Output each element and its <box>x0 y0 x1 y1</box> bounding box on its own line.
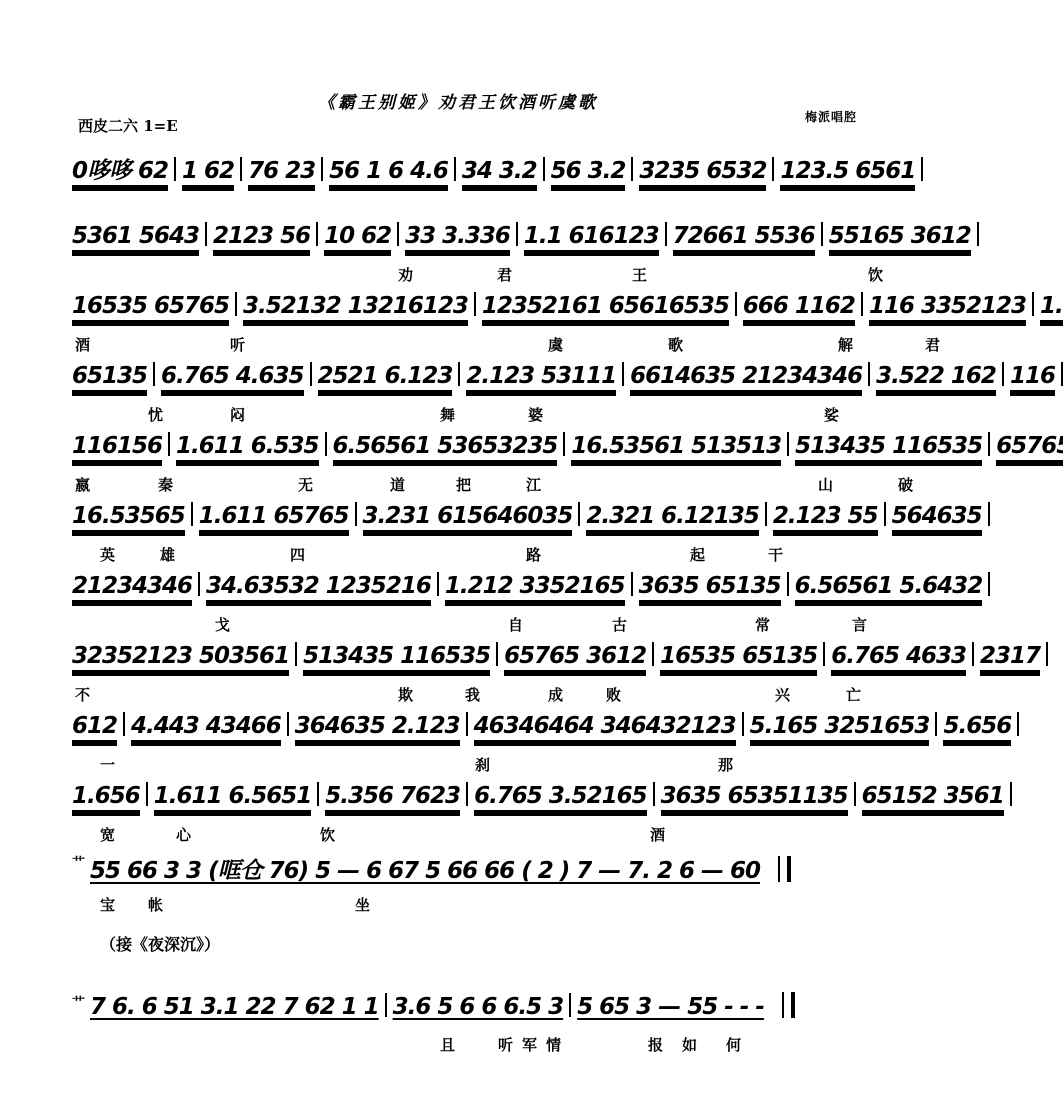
lyric-char: 兴 <box>775 684 790 705</box>
measure-notes: 5.656 <box>943 713 1011 742</box>
lyric-char: 嬴 <box>75 474 90 495</box>
bar-line <box>174 157 176 181</box>
bar-line <box>735 292 737 316</box>
bar-line <box>742 712 744 736</box>
notation-line: 2123434634.63532 12352161.212 3352165363… <box>72 572 996 599</box>
measure: 5.656 <box>943 713 1011 739</box>
measure: 7 6. 6 51 3.1 22 7 62 1 1 <box>90 994 379 1020</box>
measure-notes: 5.165 3251653 <box>750 713 930 742</box>
lyric-char: 听 <box>498 1034 513 1055</box>
measure: 2.321 6.12135 <box>586 503 759 529</box>
continuation-note: （接《夜深沉》） <box>100 932 220 955</box>
measure: 1.1 616123 <box>524 223 659 249</box>
measure-notes: 666 1162 <box>743 293 855 322</box>
lyric-char: 何 <box>726 1034 741 1055</box>
bar-line <box>310 362 312 386</box>
lyric-char: 饮 <box>868 264 883 285</box>
measure: 6.765 4633 <box>831 643 966 669</box>
bar-line <box>1046 642 1048 666</box>
measure: 1.611 65765 <box>199 503 349 529</box>
measure: 4.443 43466 <box>131 713 281 739</box>
measure: 1.611 6.535 <box>176 433 319 459</box>
bar-line <box>198 572 200 596</box>
bar-line <box>437 572 439 596</box>
measure: 76 23 <box>248 158 315 184</box>
measure: 1.212 3352165 <box>445 573 625 599</box>
bar-line <box>205 222 207 246</box>
bar-line <box>1002 362 1004 386</box>
lyric-char: 报 <box>648 1034 663 1055</box>
measure-notes: 33 3.336 <box>405 223 510 252</box>
measure-notes: 56 1 6 4.6 <box>329 158 448 187</box>
bar-line <box>123 712 125 736</box>
notation-line: 5361 56432123 5610 6233 3.3361.1 6161237… <box>72 222 985 249</box>
measure: 12352161 65616535 <box>482 293 729 319</box>
measure: 6.765 4.635 <box>161 363 304 389</box>
bar-line <box>884 502 886 526</box>
lyric-char: 古 <box>612 614 627 635</box>
measure-notes: 56 3.2 <box>551 158 626 187</box>
bar-line <box>868 362 870 386</box>
bar-line <box>988 502 990 526</box>
measure-notes: 1.611 <box>1040 293 1063 322</box>
measure-notes: 116 <box>1010 363 1055 392</box>
measure-notes: 116 3352123 <box>869 293 1026 322</box>
bar-line <box>861 292 863 316</box>
measure-notes: 16.53561 513513 <box>571 433 781 462</box>
measure-notes: 32352123 503561 <box>72 643 289 672</box>
bar-line <box>935 712 937 736</box>
measure-notes: 2123 56 <box>213 223 310 252</box>
free-meter-symbol: 艹 <box>72 996 84 1011</box>
measure-notes: 513435 116535 <box>303 643 490 672</box>
measure-notes: 3.522 162 <box>876 363 996 392</box>
lyric-char: 饮 <box>320 824 335 845</box>
lyric-char: 英 <box>100 544 115 565</box>
measure-notes: 5361 5643 <box>72 223 199 252</box>
measure-notes: 6614635 21234346 <box>630 363 862 392</box>
measure-notes: 1.212 3352165 <box>445 573 625 602</box>
lyric-char: 道 <box>390 474 405 495</box>
measure-notes: 1.611 65765 <box>199 503 349 532</box>
measure-notes: 16.53565 <box>72 503 185 532</box>
bar-line <box>466 782 468 806</box>
measure: 657656 <box>996 433 1063 459</box>
measure-notes: 123.5 6561 <box>780 158 915 187</box>
lyric-char: 帐 <box>148 894 163 915</box>
measure-notes: 3635 65351135 <box>661 783 848 812</box>
measure: 513435 116535 <box>795 433 982 459</box>
bar-line <box>295 642 297 666</box>
measure-notes: 5 65 3 — 55 - - - <box>577 994 764 1020</box>
measure-notes: 564635 <box>892 503 982 532</box>
measure-notes: 65152 3561 <box>862 783 1004 812</box>
measure-notes: 65765 3612 <box>504 643 646 672</box>
notation-line: 32352123 503561513435 11653565765 361216… <box>72 642 1054 669</box>
measure-notes: 0哆哆 62 <box>72 158 168 187</box>
measure-notes: 34.63532 1235216 <box>206 573 431 602</box>
bar-line <box>772 157 774 181</box>
bar-line <box>631 572 633 596</box>
measure-notes: 12352161 65616535 <box>482 293 729 322</box>
lyric-char: 情 <box>546 1034 561 1055</box>
lyric-char: 败 <box>606 684 621 705</box>
measure: 3.522 162 <box>876 363 996 389</box>
bar-line <box>496 642 498 666</box>
notation-line: 651356.765 4.6352521 6.1232.123 53111661… <box>72 362 1063 389</box>
bar-line <box>355 502 357 526</box>
measure-notes: 3.52132 13216123 <box>243 293 468 322</box>
measure: 34 3.2 <box>462 158 537 184</box>
measure: 2317 <box>980 643 1040 669</box>
measure: 2521 6.123 <box>318 363 453 389</box>
lyric-char: 刹 <box>475 754 490 775</box>
lyric-char: 成 <box>548 684 563 705</box>
measure-notes: 1 62 <box>182 158 234 187</box>
bar-line <box>1017 712 1019 736</box>
lyric-char: 劝 <box>398 264 413 285</box>
measure-notes: 10 62 <box>324 223 391 252</box>
bar-line <box>622 362 624 386</box>
measure-notes: 4.443 43466 <box>131 713 281 742</box>
lyric-char: 舞 <box>440 404 455 425</box>
lyric-char: 干 <box>768 544 783 565</box>
measure-notes: 16535 65135 <box>660 643 817 672</box>
measure: 1.656 <box>72 783 140 809</box>
notation-line: 1161561.611 6.5356.56561 5365323516.5356… <box>72 432 1063 459</box>
measure: 2.123 53111 <box>466 363 616 389</box>
measure-notes: 657656 <box>996 433 1063 462</box>
measure-notes: 6.765 4.635 <box>161 363 304 392</box>
measure-notes: 1.656 <box>72 783 140 812</box>
measure: 55165 3612 <box>829 223 971 249</box>
measure-notes: 76 23 <box>248 158 315 187</box>
measure-notes: 2317 <box>980 643 1040 672</box>
measure: 16535 65135 <box>660 643 817 669</box>
notation-line: 6124.443 43466364635 2.12346346464 34643… <box>72 712 1025 739</box>
bar-line <box>317 782 319 806</box>
measure: 32352123 503561 <box>72 643 289 669</box>
measure: 6.56561 53653235 <box>333 433 558 459</box>
bar-line <box>1032 292 1034 316</box>
lyric-char: 婆 <box>528 404 543 425</box>
bar-line <box>977 222 979 246</box>
lyric-char: 闷 <box>230 404 245 425</box>
bar-line <box>787 572 789 596</box>
lyric-char: 起 <box>690 544 705 565</box>
measure-notes: 6.56561 5.6432 <box>795 573 983 602</box>
lyric-char: 虞 <box>548 334 563 355</box>
measure-notes: 1.611 6.535 <box>176 433 319 462</box>
bar-line <box>921 157 923 181</box>
measure-notes: 1.611 6.5651 <box>154 783 312 812</box>
lyric-char: 军 <box>522 1034 537 1055</box>
measure-notes: 364635 2.123 <box>295 713 460 742</box>
bar-line <box>988 432 990 456</box>
singer-credit: 梅派唱腔 <box>805 108 857 125</box>
lyric-char: 宝 <box>100 894 115 915</box>
measure: 46346464 346432123 <box>474 713 736 739</box>
measure: 3235 6532 <box>639 158 766 184</box>
measure-notes: 2.123 55 <box>773 503 878 532</box>
bar-line <box>653 782 655 806</box>
measure: 364635 2.123 <box>295 713 460 739</box>
bar-line <box>235 292 237 316</box>
bar-line <box>321 157 323 181</box>
measure: 65765 3612 <box>504 643 646 669</box>
measure: 123.5 6561 <box>780 158 915 184</box>
lyric-char: 戈 <box>215 614 230 635</box>
lyric-char: 江 <box>526 474 541 495</box>
measure-notes: 513435 116535 <box>795 433 982 462</box>
measure: 116156 <box>72 433 162 459</box>
lyric-char: 酒 <box>75 334 90 355</box>
bar-line <box>397 222 399 246</box>
song-title: 《霸王别姬》劝君王饮酒听虞歌 <box>318 88 598 113</box>
bar-line <box>458 362 460 386</box>
measure: 5.356 7623 <box>325 783 460 809</box>
measure: 55 66 3 3 (哐仓 76) 5 — 6 67 5 66 66 ( 2 )… <box>90 852 760 885</box>
measure-notes: 2521 6.123 <box>318 363 453 392</box>
measure: 10 62 <box>324 223 391 249</box>
bar-line <box>146 782 148 806</box>
measure-notes: 16535 65765 <box>72 293 229 322</box>
measure: 6.56561 5.6432 <box>795 573 983 599</box>
measure: 56 3.2 <box>551 158 626 184</box>
notation-line: 16535 657653.52132 1321612312352161 6561… <box>72 292 1063 319</box>
lyric-char: 四 <box>290 544 305 565</box>
free-meter-symbol: 艹 <box>72 856 84 871</box>
bar-line <box>168 432 170 456</box>
measure: 513435 116535 <box>303 643 490 669</box>
measure-notes: 5.356 7623 <box>325 783 460 812</box>
measure: 5361 5643 <box>72 223 199 249</box>
measure-notes: 1.1 616123 <box>524 223 659 252</box>
measure-notes: 3.231 615646035 <box>363 503 573 532</box>
bar-line <box>153 362 155 386</box>
bar-line <box>823 642 825 666</box>
key-signature: 西皮二六 1=E <box>78 115 178 136</box>
lyric-char: 君 <box>497 264 512 285</box>
measure-notes: 2.321 6.12135 <box>586 503 759 532</box>
lyric-char: 雄 <box>160 544 175 565</box>
bar-line <box>543 157 545 181</box>
final-bar-line <box>782 992 795 1018</box>
measure-notes: 6.765 4633 <box>831 643 966 672</box>
lyric-char: 路 <box>526 544 541 565</box>
bar-line <box>821 222 823 246</box>
measure: 564635 <box>892 503 982 529</box>
lyric-char: 一 <box>100 754 115 775</box>
lyric-char: 如 <box>682 1034 697 1055</box>
lyric-char: 娑 <box>824 404 839 425</box>
measure: 5 65 3 — 55 - - - <box>577 994 764 1020</box>
bar-line <box>578 502 580 526</box>
measure: 2123 56 <box>213 223 310 249</box>
lyric-char: 破 <box>898 474 913 495</box>
measure: 72661 5536 <box>673 223 815 249</box>
bar-line <box>652 642 654 666</box>
bar-line <box>563 432 565 456</box>
measure: 2.123 55 <box>773 503 878 529</box>
lyric-char: 忧 <box>148 404 163 425</box>
measure: 21234346 <box>72 573 192 599</box>
measure-notes: 7 6. 6 51 3.1 22 7 62 1 1 <box>90 994 379 1020</box>
measure: 56 1 6 4.6 <box>329 158 448 184</box>
measure: 116 <box>1010 363 1055 389</box>
notation-line: 16.535651.611 657653.231 6156460352.321 … <box>72 502 996 529</box>
measure-notes: 116156 <box>72 433 162 462</box>
measure: 3.6 5 6 6 6.5 3 <box>393 994 564 1020</box>
lyric-char: 且 <box>440 1034 455 1055</box>
lyric-char: 心 <box>176 824 191 845</box>
measure: 5.165 3251653 <box>750 713 930 739</box>
bar-line <box>325 432 327 456</box>
measure-notes: 34 3.2 <box>462 158 537 187</box>
measure: 612 <box>72 713 117 739</box>
lyric-char: 不 <box>75 684 90 705</box>
lyric-char: 歌 <box>668 334 683 355</box>
lyric-char: 坐 <box>355 894 370 915</box>
final-bar-line <box>778 856 791 882</box>
lyric-char: 解 <box>838 334 853 355</box>
bar-line <box>569 993 571 1017</box>
measure: 16535 65765 <box>72 293 229 319</box>
measure-notes: 65135 <box>72 363 147 392</box>
lyric-char: 君 <box>925 334 940 355</box>
measure-notes: 3635 65135 <box>639 573 781 602</box>
bar-line <box>854 782 856 806</box>
bar-line <box>787 432 789 456</box>
lyric-char: 无 <box>298 474 313 495</box>
measure: 16.53565 <box>72 503 185 529</box>
measure: 3.52132 13216123 <box>243 293 468 319</box>
notation-line: 艹55 66 3 3 (哐仓 76) 5 — 6 67 5 66 66 ( 2 … <box>72 852 791 885</box>
measure-notes: 46346464 346432123 <box>474 713 736 742</box>
lyric-char: 山 <box>818 474 833 495</box>
measure: 1.611 6.5651 <box>154 783 312 809</box>
lyric-char: 言 <box>852 614 867 635</box>
bar-line <box>316 222 318 246</box>
lyric-char: 听 <box>230 334 245 355</box>
lyric-char: 宽 <box>100 824 115 845</box>
lyric-char: 酒 <box>650 824 665 845</box>
bar-line <box>474 292 476 316</box>
measure: 65152 3561 <box>862 783 1004 809</box>
lyric-char: 亡 <box>846 684 861 705</box>
bar-line <box>1010 782 1012 806</box>
measure: 3635 65351135 <box>661 783 848 809</box>
measure: 6.765 3.52165 <box>474 783 647 809</box>
lyric-char: 我 <box>465 684 480 705</box>
measure: 1.611 <box>1040 293 1063 319</box>
notation-line: 1.6561.611 6.56515.356 76236.765 3.52165… <box>72 782 1018 809</box>
bar-line <box>988 572 990 596</box>
notation-line: 艹7 6. 6 51 3.1 22 7 62 1 13.6 5 6 6 6.5 … <box>72 992 795 1020</box>
bar-line <box>972 642 974 666</box>
bar-line <box>240 157 242 181</box>
measure-notes: 55 66 3 3 (哐仓 76) 5 — 6 67 5 66 66 ( 2 )… <box>90 858 760 884</box>
bar-line <box>466 712 468 736</box>
lyric-char: 常 <box>755 614 770 635</box>
lyric-char: 自 <box>508 614 523 635</box>
bar-line <box>191 502 193 526</box>
measure: 33 3.336 <box>405 223 510 249</box>
bar-line <box>631 157 633 181</box>
bar-line <box>516 222 518 246</box>
bar-line <box>765 502 767 526</box>
measure-notes: 3235 6532 <box>639 158 766 187</box>
lyric-char: 欺 <box>398 684 413 705</box>
measure: 6614635 21234346 <box>630 363 862 389</box>
measure: 0哆哆 62 <box>72 152 168 185</box>
measure: 16.53561 513513 <box>571 433 781 459</box>
bar-line <box>287 712 289 736</box>
measure: 3.231 615646035 <box>363 503 573 529</box>
measure-notes: 6.765 3.52165 <box>474 783 647 812</box>
lyric-char: 王 <box>632 264 647 285</box>
bar-line <box>665 222 667 246</box>
bar-line <box>454 157 456 181</box>
measure: 3635 65135 <box>639 573 781 599</box>
measure-notes: 2.123 53111 <box>466 363 616 392</box>
measure-notes: 3.6 5 6 6 6.5 3 <box>393 994 564 1020</box>
measure: 666 1162 <box>743 293 855 319</box>
lyric-char: 秦 <box>158 474 173 495</box>
measure: 1 62 <box>182 158 234 184</box>
measure-notes: 21234346 <box>72 573 192 602</box>
bar-line <box>385 993 387 1017</box>
notation-line: 0哆哆 621 6276 2356 1 6 4.634 3.256 3.2323… <box>72 152 929 185</box>
lyric-char: 把 <box>456 474 471 495</box>
measure: 65135 <box>72 363 147 389</box>
measure-notes: 72661 5536 <box>673 223 815 252</box>
lyric-char: 那 <box>718 754 733 775</box>
measure: 116 3352123 <box>869 293 1026 319</box>
measure-notes: 6.56561 53653235 <box>333 433 558 462</box>
measure-notes: 612 <box>72 713 117 742</box>
measure: 34.63532 1235216 <box>206 573 431 599</box>
measure-notes: 55165 3612 <box>829 223 971 252</box>
